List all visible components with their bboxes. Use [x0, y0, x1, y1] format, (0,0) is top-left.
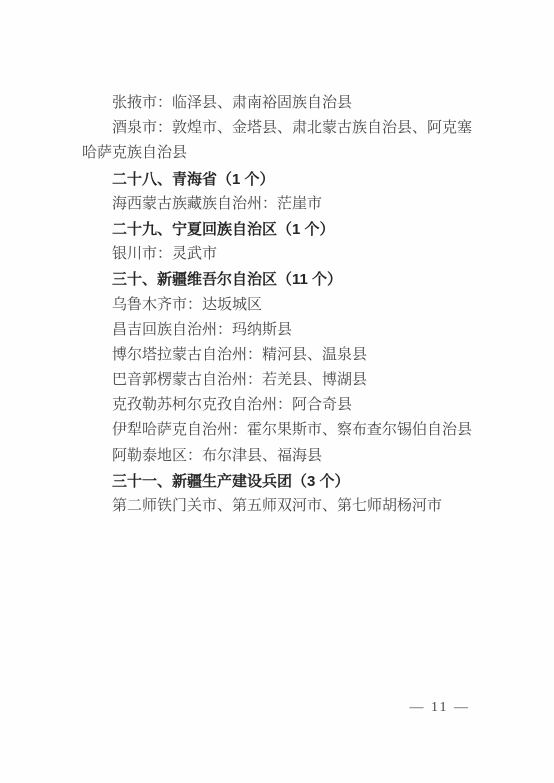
text-line: 克孜勒苏柯尔克孜自治州：阿合奇县 — [82, 393, 472, 418]
text-line: 海西蒙古族藏族自治州：茫崖市 — [82, 192, 472, 217]
section-heading: 二十八、青海省（1 个） — [82, 167, 472, 192]
text-line: 昌吉回族自治州：玛纳斯县 — [82, 318, 472, 343]
document-body: 张掖市：临泽县、肃南裕固族自治县酒泉市：敦煌市、金塔县、肃北蒙古族自治县、阿克塞… — [82, 91, 472, 519]
text-line: 乌鲁木齐市：达坂城区 — [82, 293, 472, 318]
text-line: 酒泉市：敦煌市、金塔县、肃北蒙古族自治县、阿克塞 — [82, 116, 472, 141]
text-line: 银川市：灵武市 — [82, 242, 472, 267]
page-number: — 11 — — [410, 700, 470, 716]
text-line: 第二师铁门关市、第五师双河市、第七师胡杨河市 — [82, 494, 472, 519]
text-line: 张掖市：临泽县、肃南裕固族自治县 — [82, 91, 472, 116]
text-line: 阿勒泰地区：布尔津县、福海县 — [82, 444, 472, 469]
text-line: 哈萨克族自治县 — [82, 141, 472, 166]
document-page: 张掖市：临泽县、肃南裕固族自治县酒泉市：敦煌市、金塔县、肃北蒙古族自治县、阿克塞… — [0, 0, 554, 783]
text-line: 博尔塔拉蒙古自治州：精河县、温泉县 — [82, 343, 472, 368]
text-line: 巴音郭楞蒙古自治州：若羌县、博湖县 — [82, 368, 472, 393]
section-heading: 三十一、新疆生产建设兵团（3 个） — [82, 469, 472, 494]
section-heading: 二十九、宁夏回族自治区（1 个） — [82, 217, 472, 242]
text-line: 伊犁哈萨克自治州：霍尔果斯市、察布查尔锡伯自治县 — [82, 418, 472, 443]
section-heading: 三十、新疆维吾尔自治区（11 个） — [82, 267, 472, 292]
